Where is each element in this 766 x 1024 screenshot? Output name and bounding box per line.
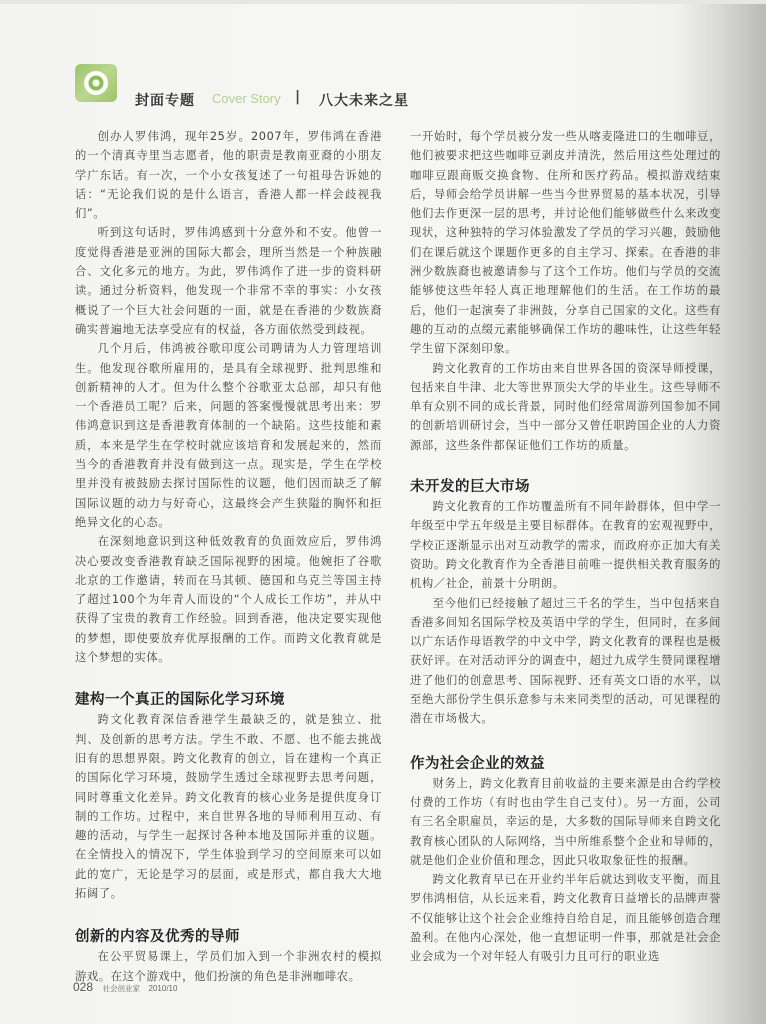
section-heading: 未开发的巨大市场: [410, 477, 721, 497]
page-header: 封面专题 Cover Story | 八大未来之星: [75, 64, 475, 110]
paragraph: 创办人罗伟鸿，现年25岁。2007年，罗伟鸿在香港的一个清真寺里当志愿者，他的职…: [75, 127, 382, 223]
magazine-page: 封面专题 Cover Story | 八大未来之星 创办人罗伟鸿，现年25岁。2…: [0, 0, 766, 1024]
paragraph: 跨文化教育的工作坊覆盖所有不同年龄群体，但中学一年级至中学五年级是主要目标群体。…: [410, 497, 721, 593]
right-column: 一开始时，每个学员被分发一些从喀麦隆进口的生咖啡豆，他们被要求把这些咖啡豆剥皮并…: [410, 127, 721, 967]
section-heading: 建构一个真正的国际化学习环境: [75, 690, 382, 710]
section-heading: 作为社会企业的效益: [410, 754, 721, 774]
magazine-name: 社会创业家: [103, 984, 141, 993]
paragraph: 跨文化教育的工作坊由来自世界各国的资深导师授课，包括来自牛津、北大等世界顶尖大学…: [410, 359, 721, 455]
paragraph: 在深刻地意识到这种低效教育的负面效应后，罗伟鸿决心要改变香港教育缺乏国际视野的困…: [75, 532, 382, 667]
section-title-cn: 封面专题: [135, 90, 195, 110]
paragraph: 几个月后，伟鸿被谷歌印度公司聘请为人力管理培训生。他发现谷歌所雇用的，是具有全球…: [75, 339, 382, 532]
page-footer: 028 社会创业家 2010/10: [73, 980, 177, 994]
header-separator: |: [295, 89, 300, 105]
series-title: 八大未来之星: [319, 90, 409, 110]
page-number: 028: [73, 980, 93, 994]
page-top-edge: [0, 0, 766, 4]
issue-date: 2010/10: [149, 984, 178, 993]
section-heading: 创新的内容及优秀的导师: [75, 927, 382, 947]
paragraph: 至今他们已经接触了超过三千名的学生，当中包括来自香港多间知名国际学校及英语中学的…: [410, 594, 721, 729]
paragraph: 听到这句话时，罗伟鸿感到十分意外和不安。他曾一度觉得香港是亚洲的国际大都会，理所…: [75, 223, 382, 339]
left-column: 创办人罗伟鸿，现年25岁。2007年，罗伟鸿在香港的一个清真寺里当志愿者，他的职…: [75, 127, 382, 986]
paragraph: 跨文化教育深信香港学生最缺乏的，就是独立、批判、及创新的思考方法。学生不敢、不愿…: [75, 710, 382, 903]
paragraph: 财务上，跨文化教育目前收益的主要来源是由合约学校付费的工作坊（有时也由学生自己支…: [410, 774, 721, 870]
cover-story-logo-icon: [75, 64, 117, 102]
section-title-en: Cover Story: [212, 91, 281, 106]
paragraph: 一开始时，每个学员被分发一些从喀麦隆进口的生咖啡豆，他们被要求把这些咖啡豆剥皮并…: [410, 127, 721, 359]
paragraph: 跨文化教育早已在开业约半年后就达到收支平衡，而且罗伟鸿相信，从长远来看，跨文化教…: [410, 870, 721, 966]
